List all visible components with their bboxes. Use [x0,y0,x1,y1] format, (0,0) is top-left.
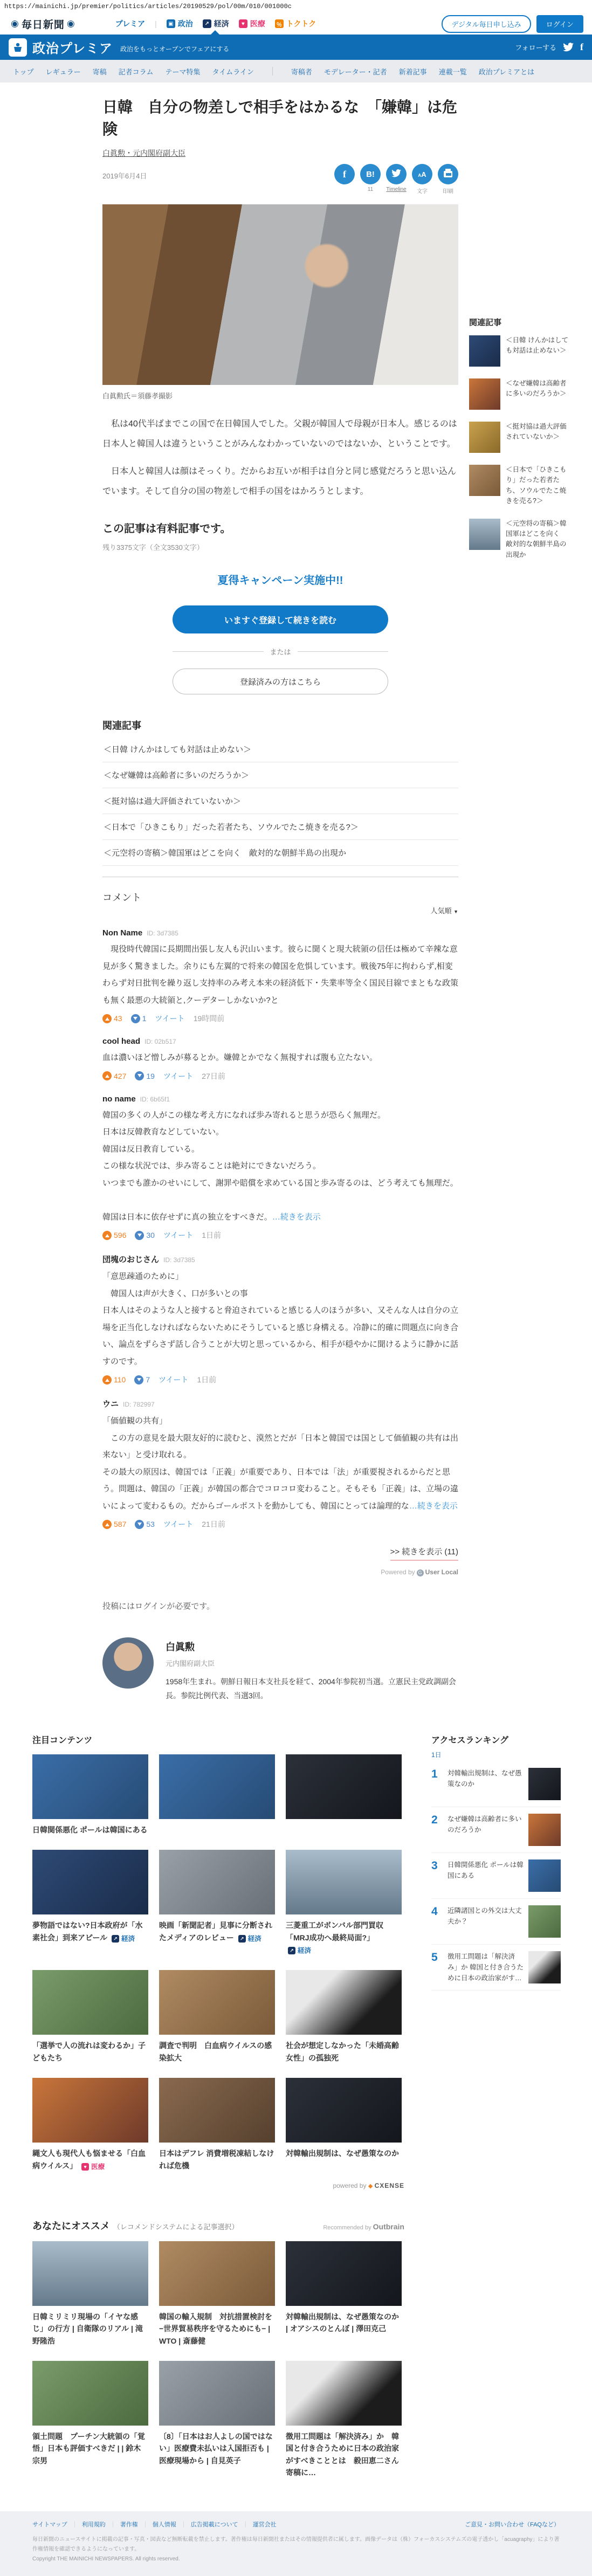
rank-number: 5 [431,1951,443,1983]
subnav-right: 寄稿者モデレーター・記者新着記事連載一覧政治プレミアとは [291,66,534,77]
comment: cool head ID: 02b517 血は濃いほど憎しみが募るとか。嫌韓とか… [102,1037,458,1082]
comment-time: 19時間前 [194,1013,225,1024]
featured-card[interactable]: 社会が想定しなかった「未婚高齢女性」の孤独死 ↗ ♥ [286,1970,402,2064]
subnav: トップレギュラー寄稿記者コラムテーマ特集タイムライン 寄稿者モデレーター・記者新… [0,60,592,82]
page-url: https://mainichi.jp/premier/politics/art… [0,0,592,13]
footer-link[interactable]: 広告掲載について [176,2520,238,2529]
author-bio: 1958年生まれ。朝鮮日報日本支社長を経て、2004年参院初当選。立憲民主党政調… [166,1675,458,1703]
article-thumbnail [32,2361,148,2426]
comment-sort-dropdown[interactable]: 人気順 ▼ [102,905,458,915]
related-sidebar-item[interactable]: ＜挺対協は過大評価されていないか＞ [469,422,572,453]
subnav-item[interactable]: 寄稿 [93,66,107,77]
like-button[interactable]: 43 [102,1014,122,1023]
rank-text: 日韓関係悪化 ポールは韓国にある [448,1859,524,1892]
tweet-link[interactable]: ツイート [163,1230,193,1241]
article-thumbnail [469,519,500,550]
tokutoku-icon: ％ [275,19,284,28]
recommend-caption: 領土問題 プーチン大統領の「覚悟」日本も評価すべきだ | | 鈴木宗男 [32,2430,148,2467]
article-thumbnail [159,1754,275,1819]
recommend-caption: 韓国の輸入規制 対抗措置検討を −世界貿易秩序を守るためにも− | WTO | … [159,2311,275,2347]
related-sidebar-text: ＜なぜ嫌韓は高齢者に多いのだろうか＞ [506,378,572,410]
featured-card[interactable]: ↗ ♥ [286,1754,402,1836]
featured-caption: 日本はデフレ 消費増税凍結しなければ危機 ↗ ♥ [159,2147,275,2172]
brand-name: 毎日新聞 [22,17,65,31]
show-more-link[interactable]: …続きを表示 [409,1501,458,1511]
article-thumbnail [286,1970,402,2035]
comment-text: 現役時代韓国に長期間出張し友人も沢山います。彼らに聞くと現大統領の信任は極めて辛… [102,941,458,1009]
nav-premier[interactable]: プレミア [115,18,145,29]
comment: no name ID: 6b65f1 韓国の多くの人がこの様な考え方になれば歩み… [102,1094,458,1241]
footer-link[interactable]: 利用規約 [67,2520,106,2529]
font-size-button[interactable]: AA 文字 [412,164,432,195]
related-sidebar: 関連記事 ＜日韓 けんかはしても対話は止めない＞ ＜なぜ嫌韓は高齢者に多いのだろ… [469,97,572,1703]
mainichi-eye-icon: ◉ [11,18,19,29]
subnav-separator [272,67,273,75]
like-button[interactable]: 427 [102,1071,126,1080]
dislike-button[interactable]: 19 [135,1071,155,1080]
dislike-button[interactable]: 7 [134,1375,150,1385]
recommend-card[interactable]: 韓国の輸入規制 対抗措置検討を −世界貿易秩序を守るためにも− | WTO | … [159,2241,275,2347]
login-required-note: 投稿にはログインが必要です。 [102,1600,458,1611]
text-size-icon: AA [418,170,426,179]
comment-id: ID: 3d7385 [147,929,178,937]
thumbs-down-icon [137,1234,142,1239]
rank-number: 3 [431,1859,443,1892]
comment: 団塊のおじさん ID: 3d7385 「意思疎通のために」 韓国人は声が大きく、… [102,1253,458,1385]
twitter-icon [391,169,401,180]
comment-text: 韓国の多くの人がこの様な考え方になれば歩み寄れると思うが恐らく無理だ。 日本は反… [102,1107,458,1226]
rank-text: 近隣諸国との外交は大丈夫か？ [448,1905,524,1938]
subnav-item[interactable]: 連載一覧 [439,66,467,77]
ranking-item[interactable]: 3 日韓関係悪化 ポールは韓国にある [431,1853,561,1899]
related-link[interactable]: ＜日本で「ひきこもり」だった若者たち、ソウルでたこ焼きを売る?＞ [102,814,458,840]
nav-tokutoku[interactable]: ％トクトク [275,18,316,29]
featured-card[interactable]: 日本はデフレ 消費増税凍結しなければ危機 ↗ ♥ [159,2078,275,2172]
comment-author: cool head [102,1037,140,1046]
printer-icon [444,171,452,177]
article-thumbnail [32,1754,148,1819]
paywall-remaining: 残り3375文字（全文3530文字） [102,542,458,552]
recommend-caption: 対韓輸出規制は、なぜ愚策なのか | オアシスのとんぼ | 澤田克己 [286,2311,402,2335]
article-thumbnail [32,2078,148,2143]
comment-author: no name [102,1094,136,1104]
tweet-link[interactable]: ツイート [155,1013,184,1024]
article-thumbnail [32,2241,148,2306]
article-thumbnail [528,1859,561,1892]
like-button[interactable]: 596 [102,1231,126,1240]
comment-time: 1日前 [197,1374,216,1385]
rank-number: 2 [431,1814,443,1846]
follow-label: フォローする [515,42,556,52]
featured-caption: 縄文人も現代人も悩ませる「白血病ウイルス」 ↗ ♥医療 [32,2147,148,2172]
article-thumbnail [32,1850,148,1914]
like-button[interactable]: 110 [102,1375,126,1385]
recommend-card[interactable]: 〔8〕「日本はお人よしの国ではない」医療費未払いは入国拒否も | 医療現場から … [159,2361,275,2479]
outbrain-logo: Outbrain [373,2222,404,2231]
ranking-item[interactable]: 4 近隣諸国との外交は大丈夫か？ [431,1899,561,1945]
share-facebook[interactable]: f [334,164,355,195]
dislike-button[interactable]: 30 [135,1231,155,1240]
comment-author: Non Name [102,928,142,938]
featured-section: 注目コンテンツ 日韓関係悪化 ポールは韓国にある ↗ ♥ [32,1733,404,2478]
related-links-section: 関連記事 ＜日韓 けんかはしても対話は止めない＞＜なぜ嫌韓は高齢者に多いのだろう… [102,718,458,866]
related-link[interactable]: ＜元空将の寄稿＞韓国軍はどこを向く 敵対的な朝鮮半島の出現か [102,840,458,866]
thumbs-down-icon [137,1074,142,1079]
featured-caption: 調査で判明 白血病ウイルスの感染拡大 ↗ ♥ [159,2040,275,2064]
premier-podium-icon [9,38,27,57]
like-button[interactable]: 587 [102,1520,126,1529]
font-size-label: 文字 [412,187,432,195]
outbrain-attribution[interactable]: Recommended by Outbrain [323,2222,404,2231]
nav-divider: | [155,19,157,28]
ranking-tab-1day[interactable]: 1日 [431,1750,561,1759]
thumbs-up-icon [105,1521,109,1526]
print-button[interactable]: 印刷 [438,164,458,195]
registered-login-button[interactable]: 登録済みの方はこちら [173,669,388,694]
subnav-left: トップレギュラー寄稿記者コラムテーマ特集タイムライン [13,66,254,77]
related-sidebar-text: ＜挺対協は過大評価されていないか＞ [506,422,572,453]
article-thumbnail [528,1768,561,1800]
tweet-link[interactable]: ツイート [163,1071,193,1082]
related-links-title: 関連記事 [102,718,458,732]
comment: ウニ ID: 782997 「価値観の共有」 この方の意見を最大限友好的に読むと… [102,1398,458,1530]
recommend-title: あなたにオススメ [32,2219,110,2233]
author-box: 白眞勲 元内閣府副大臣 1958年生まれ。朝鮮日報日本支社長を経て、2004年参… [102,1637,458,1703]
related-sidebar-item[interactable]: ＜日本で「ひきこもり」だった若者たち、ソウルでたこ焼きを売る?＞ [469,465,572,507]
hatena-icon: B! [366,170,375,179]
featured-card[interactable]: 縄文人も現代人も悩ませる「白血病ウイルス」 ↗ ♥医療 [32,2078,148,2172]
paywall-notice: この記事は有料記事です。 [102,520,458,535]
subnav-item[interactable]: 寄稿者 [291,66,312,77]
article-thumbnail [469,335,500,367]
article-thumbnail [286,1850,402,1914]
related-sidebar-title: 関連記事 [469,316,572,328]
footer-link[interactable]: サイトマップ [32,2520,67,2529]
recommend-card[interactable]: 領土問題 プーチン大統領の「覚悟」日本も評価すべきだ | | 鈴木宗男 [32,2361,148,2479]
thumbs-down-icon [137,1378,141,1383]
twitter-icon[interactable] [563,43,574,52]
related-sidebar-item[interactable]: ＜なぜ嫌韓は高齢者に多いのだろうか＞ [469,378,572,410]
politics-icon: ▣ [167,19,175,28]
related-sidebar-text: ＜日韓 けんかはしても対話は止めない＞ [506,335,572,367]
footer-link[interactable]: 個人情報 [138,2520,176,2529]
thumbs-up-icon [105,1232,109,1237]
comment-time: 1日前 [202,1230,221,1241]
site-header: ◉ 毎日新聞 ◉ プレミア | ▣政治 ↗経済 ♥医療 ％トクトク デジタル毎日… [0,13,592,35]
publish-date: 2019年6月4日 [102,164,147,181]
featured-card[interactable]: ↗ ♥ [159,1754,275,1836]
related-link[interactable]: ＜日韓 けんかはしても対話は止めない＞ [102,736,458,762]
dislike-button[interactable]: 1 [131,1014,147,1023]
share-hatena[interactable]: B! 11 [360,164,381,195]
featured-title: 注目コンテンツ [32,1733,404,1746]
economy-tag: ↗経済 [112,1933,135,1944]
register-button[interactable]: いますぐ登録して続きを読む [173,605,388,633]
rank-text: 徴用工問題は「解決済み」か 韓国と付き合うために日本の政治家がす… [448,1951,524,1983]
featured-caption: 社会が想定しなかった「未婚高齢女性」の孤独死 ↗ ♥ [286,2040,402,2064]
author-link[interactable]: 白眞勲・元内閣府副大臣 [102,148,185,159]
subnav-item[interactable]: タイムライン [212,66,254,77]
campaign-text: 夏得キャンペーン実施中!! [173,571,388,587]
related-sidebar-item[interactable]: ＜日韓 けんかはしても対話は止めない＞ [469,335,572,367]
subnav-item[interactable]: 新着記事 [399,66,427,77]
tweet-link[interactable]: ツイート [159,1374,188,1385]
timeline-link[interactable]: Timeline [386,187,407,192]
premier-banner: 政治プレミア 政治をもっとオープンでフェアにする フォローする f [0,35,592,60]
recommend-subtitle: （レコメンドシステムによる記事選択） [113,2221,239,2231]
article-thumbnail [469,422,500,453]
chevron-down-icon: ▼ [453,909,458,914]
comment-author: 団塊のおじさん [102,1253,159,1265]
article-thumbnail [159,1970,275,2035]
related-sidebar-text: ＜日本で「ひきこもり」だった若者たち、ソウルでたこ焼きを売る?＞ [506,465,572,507]
show-more-link[interactable]: …続きを表示 [272,1213,321,1222]
article-thumbnail [528,1951,561,1983]
article-thumbnail [286,2361,402,2426]
access-ranking: アクセスランキング 1日 1 対韓輸出規制は、なぜ愚策なのか 2 なぜ嫌韓は高齢… [431,1733,561,2478]
subnav-item[interactable]: 政治プレミアとは [479,66,534,77]
comment-list: Non Name ID: 3d7385 現役時代韓国に長期間出張し友人も沢山いま… [102,928,458,1530]
article-thumbnail [469,378,500,410]
ranking-title: アクセスランキング [431,1733,561,1746]
recommend-caption: 日韓ミリミリ現場の「イヤな感じ」の行方 | 自衛隊のリアル | 滝野隆浩 [32,2311,148,2347]
article-thumbnail [159,2361,275,2426]
article-thumbnail [159,2241,275,2306]
or-divider: または [173,646,388,657]
related-link[interactable]: ＜挺対協は過大評価されていないか＞ [102,788,458,814]
rank-text: 対韓輸出規制は、なぜ愚策なのか [448,1768,524,1800]
recommend-card[interactable]: 徴用工問題は「解決済み」か 韓国と付き合うために日本の政治家がすべきこととは 毅… [286,2361,402,2479]
featured-card[interactable]: 「選挙で人の流れは変わるか」子どもたち ↗ ♥ [32,1970,148,2064]
active-tab-pointer [210,25,220,35]
thumbs-up-icon [105,1072,109,1078]
mainichi-eye-icon: ◉ [67,18,75,29]
featured-card[interactable]: 日韓関係悪化 ポールは韓国にある ↗ ♥ [32,1754,148,1836]
comment: Non Name ID: 3d7385 現役時代韓国に長期間出張し友人も沢山いま… [102,928,458,1024]
tweet-link[interactable]: ツイート [163,1519,193,1530]
article-thumbnail [286,1754,402,1819]
related-sidebar-item[interactable]: ＜元空将の寄稿＞韓国軍はどこを向く 敵対的な朝鮮半島の出現か [469,519,572,561]
premier-title[interactable]: 政治プレミア [32,38,113,57]
featured-card[interactable]: 映画「新聞記者」見事に分断されたメディアのレビュー ↗経済 ♥ [159,1850,275,1956]
subnav-item[interactable]: テーマ特集 [166,66,201,77]
comment-id: ID: 02b517 [144,1038,176,1045]
rank-number: 1 [431,1768,443,1800]
featured-card[interactable]: 対韓輸出規制は、なぜ愚策なのか ↗ ♥ [286,2078,402,2172]
article-thumbnail [159,2078,275,2143]
comment-id: ID: 3d7385 [163,1256,195,1264]
ranking-item[interactable]: 1 対韓輸出規制は、なぜ愚策なのか [431,1761,561,1807]
comment-text: 血は濃いほど憎しみが募るとか。嫌韓とかでなく無視すれば腹も立たない。 [102,1049,458,1066]
photo-caption: 白眞勲氏＝須藤孝撮影 [102,390,458,401]
comment-id: ID: 782997 [123,1401,155,1408]
article-thumbnail [159,1850,275,1914]
site-footer: サイトマップ利用規約著作権個人情報広告掲載について運営会社 ご意見・お問い合わせ… [0,2511,592,2576]
print-label: 印刷 [438,187,458,195]
article-paragraph: 私は40代半ばまでこの国で在日韓国人でした。父親が韓国人で母親が日本人。感じるの… [102,415,458,454]
recommend-card[interactable]: 日韓ミリミリ現場の「イヤな感じ」の行方 | 自衛隊のリアル | 滝野隆浩 [32,2241,148,2347]
article-thumbnail [528,1905,561,1938]
ranking-item[interactable]: 2 なぜ嫌韓は高齢者に多いのだろうか [431,1807,561,1853]
article-title: 日韓 自分の物差しで相手をはかるな 「嫌韓」は危険 [102,97,458,140]
thumbs-down-icon [133,1017,137,1022]
author-title: 元内閣府副大臣 [166,1658,458,1668]
rank-text: なぜ嫌韓は高齢者に多いのだろうか [448,1814,524,1846]
comment-id: ID: 6b65f1 [140,1096,170,1103]
featured-caption: 日韓関係悪化 ポールは韓国にある ↗ ♥ [32,1824,148,1836]
recommend-section: あなたにオススメ （レコメンドシステムによる記事選択） Recommended … [32,2219,404,2479]
comment-text: 「価値観の共有」 この方の意見を最大限友好的に読むと、漠然とだが「日本と韓国では… [102,1413,458,1514]
comment-text: 「意思疎通のために」 韓国人は声が大きく、口が多いとの事 日本人はそのような人と… [102,1268,458,1370]
thumbs-up-icon [105,1376,109,1382]
article-body: 私は40代半ばまでこの国で在日韓国人でした。父親が韓国人で母親が日本人。感じるの… [102,415,458,501]
userlocal-icon: G [417,1569,424,1576]
login-button[interactable]: ログイン [536,15,583,33]
comment-time: 27日前 [202,1071,225,1082]
author-name[interactable]: 白眞勲 [166,1637,458,1654]
share-bar: f B! 11 Timeline AA [334,164,458,195]
comment-time: 21日前 [202,1519,225,1530]
cxense-powered-by: powered by ◆ CXENSE [32,2182,404,2189]
recommend-caption: 〔8〕「日本はお人よしの国ではない」医療費未払いは入国拒否も | 医療現場から … [159,2430,275,2467]
recommend-caption: 徴用工問題は「解決済み」か 韓国と付き合うために日本の政治家がすべきこととは 毅… [286,2430,402,2479]
featured-card[interactable]: 三菱重工がボンバル部門買収「MRJ成功へ最終局面?」 ↗経済 ♥ [286,1850,402,1956]
subnav-item[interactable]: トップ [13,66,34,77]
comment-author: ウニ [102,1398,119,1409]
article-thumbnail [32,1970,148,2035]
featured-card[interactable]: 夢物語ではない?日本政府が「水素社会」到来アピール ↗経済 ♥ [32,1850,148,1956]
premier-tagline: 政治をもっとオープンでフェアにする [120,44,229,53]
rank-number: 4 [431,1905,443,1938]
related-link[interactable]: ＜なぜ嫌韓は高齢者に多いのだろうか＞ [102,762,458,788]
footer-link[interactable]: 運営会社 [238,2520,277,2529]
copyright-notice: 毎日新聞のニュースサイトに掲載の記事・写真・図表など無断転載を禁止します。著作権… [32,2535,560,2554]
economy-tag: ↗経済 [238,1933,261,1944]
comments-title: コメント [102,890,458,904]
footer-contact-link[interactable]: ご意見・お問い合わせ（FAQなど） [465,2520,560,2529]
medical-heart-icon: ♥ [239,19,247,28]
hatena-count: 11 [360,187,381,192]
recommend-card[interactable]: 対韓輸出規制は、なぜ愚策なのか | オアシスのとんぼ | 澤田克己 [286,2241,402,2347]
article-thumbnail [286,2078,402,2143]
mainichi-logo[interactable]: ◉ 毎日新聞 ◉ [9,17,78,31]
facebook-icon: f [343,169,346,180]
footer-link[interactable]: 著作権 [106,2520,138,2529]
subnav-item[interactable]: モデレーター・記者 [324,66,387,77]
facebook-icon[interactable]: f [580,42,583,53]
comments-powered-by: Powered byGUser Local [102,1568,458,1576]
ranking-item[interactable]: 5 徴用工問題は「解決済み」か 韓国と付き合うために日本の政治家がす… [431,1945,561,1990]
article-thumbnail [469,465,500,496]
thumbs-down-icon [137,1523,142,1528]
featured-caption: 三菱重工がボンバル部門買収「MRJ成功へ最終局面?」 ↗経済 ♥ [286,1919,402,1956]
medical-tag: ♥医療 [81,2161,105,2172]
subnav-item[interactable]: 記者コラム [119,66,154,77]
dislike-button[interactable]: 53 [135,1520,155,1529]
featured-caption: 夢物語ではない?日本政府が「水素社会」到来アピール ↗経済 ♥ [32,1919,148,1944]
article-paragraph: 日本人と韓国人は顔はそっくり。だからお互いが相手は自分と同じ感覚だろうと思い込ん… [102,462,458,502]
related-sidebar-text: ＜元空将の寄稿＞韓国軍はどこを向く 敵対的な朝鮮半島の出現か [506,519,572,561]
show-more-comments[interactable]: >> 続きを表示 (11) [390,1546,458,1561]
nav-politics[interactable]: ▣政治 [167,18,193,29]
article-thumbnail [528,1814,561,1846]
digital-signup-button[interactable]: デジタル毎日申し込み [442,15,531,33]
copyright-line: Copyright THE MAINICHI NEWSPAPERS. All r… [32,2554,560,2564]
featured-caption: 対韓輸出規制は、なぜ愚策なのか ↗ ♥ [286,2147,402,2159]
nav-medical[interactable]: ♥医療 [239,18,265,29]
thumbs-up-icon [105,1015,109,1021]
article-photo [102,204,458,385]
economy-tag: ↗経済 [288,1945,311,1956]
featured-caption: 映画「新聞記者」見事に分断されたメディアのレビュー ↗経済 ♥ [159,1919,275,1944]
paywall-box: 夏得キャンペーン実施中!! いますぐ登録して続きを読む または 登録済みの方はこ… [173,571,388,694]
article-thumbnail [286,2241,402,2306]
share-twitter[interactable]: Timeline [386,164,407,195]
subnav-item[interactable]: レギュラー [46,66,81,77]
author-avatar[interactable] [102,1637,154,1689]
featured-card[interactable]: 調査で判明 白血病ウイルスの感染拡大 ↗ ♥ [159,1970,275,2064]
comments-section: コメント 人気順 ▼ Non Name ID: 3d7385 現役時代韓国に長期… [102,877,458,1611]
cxense-icon: ◆ [368,2183,373,2189]
featured-caption: 「選挙で人の流れは変わるか」子どもたち ↗ ♥ [32,2040,148,2064]
